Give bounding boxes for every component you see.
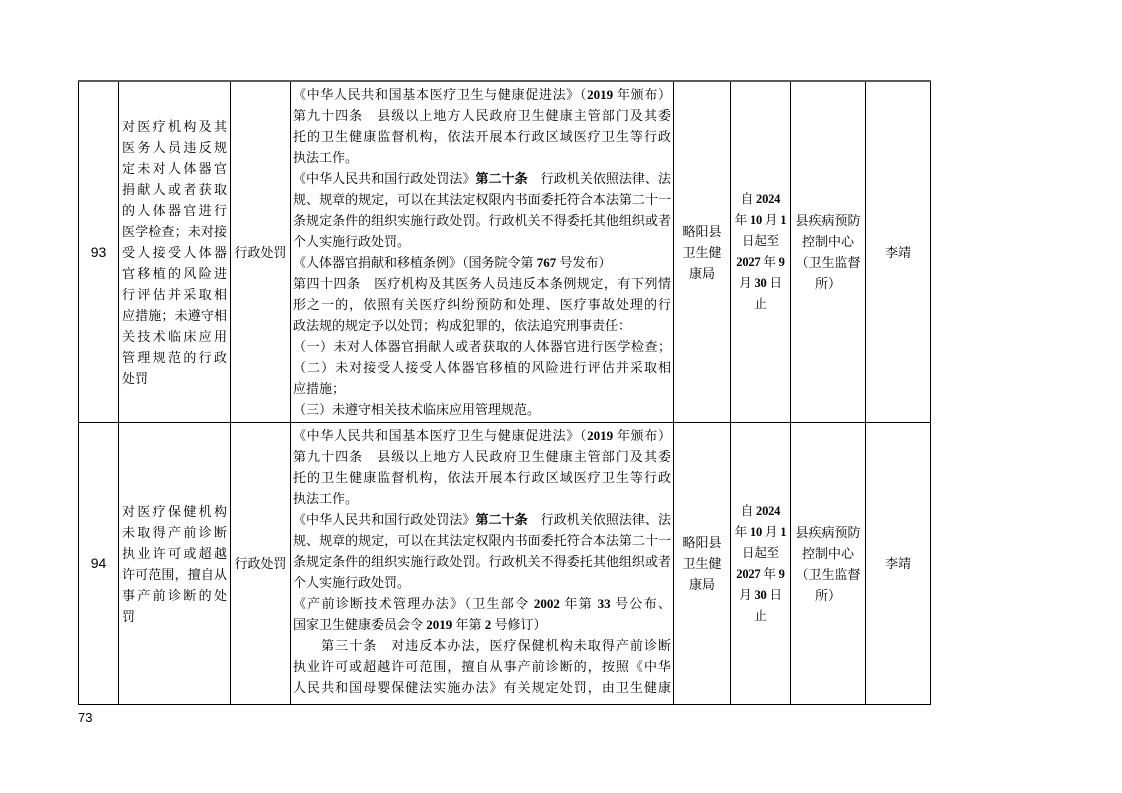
- item-name-cell: 对医疗机构及其医务人员违反规定未对人体器官捐献人或者获取的人体器官进行医学检查；…: [119, 81, 231, 423]
- authority-cell: 略阳县卫生健康局: [674, 423, 731, 705]
- responsible-person-cell: 李靖: [866, 423, 931, 705]
- agency-cell: 县疾病预防控制中心（卫生监督所）: [791, 423, 866, 705]
- table-row: 93 对医疗机构及其医务人员违反规定未对人体器官捐献人或者获取的人体器官进行医学…: [79, 81, 931, 423]
- item-name-cell: 对医疗保健机构未取得产前诊断执业许可或超越许可范围，擅自从事产前诊断的处罚: [119, 423, 231, 705]
- legal-basis-cell: 《中华人民共和国基本医疗卫生与健康促进法》（2019 年颁布）第九十四条 县级以…: [291, 81, 674, 423]
- period-cell: 自 2024年 10 月 1日起至2027 年 9月 30 日止: [731, 423, 791, 705]
- page-number: 73: [78, 710, 92, 725]
- period-cell: 自 2024年 10 月 1日起至2027 年 9月 30 日止: [731, 81, 791, 423]
- serial-number: 93: [79, 81, 119, 423]
- agency-cell: 县疾病预防控制中心（卫生监督所）: [791, 81, 866, 423]
- table-row: 94 对医疗保健机构未取得产前诊断执业许可或超越许可范围，擅自从事产前诊断的处罚…: [79, 423, 931, 705]
- penalty-type-cell: 行政处罚: [231, 423, 291, 705]
- penalty-items-table: 93 对医疗机构及其医务人员违反规定未对人体器官捐献人或者获取的人体器官进行医学…: [78, 80, 931, 705]
- penalty-type-cell: 行政处罚: [231, 81, 291, 423]
- serial-number: 94: [79, 423, 119, 705]
- responsible-person-cell: 李靖: [866, 81, 931, 423]
- authority-cell: 略阳县卫生健康局: [674, 81, 731, 423]
- document-page: 93 对医疗机构及其医务人员违反规定未对人体器官捐献人或者获取的人体器官进行医学…: [0, 0, 1122, 793]
- legal-basis-cell: 《中华人民共和国基本医疗卫生与健康促进法》（2019 年颁布）第九十四条 县级以…: [291, 423, 674, 705]
